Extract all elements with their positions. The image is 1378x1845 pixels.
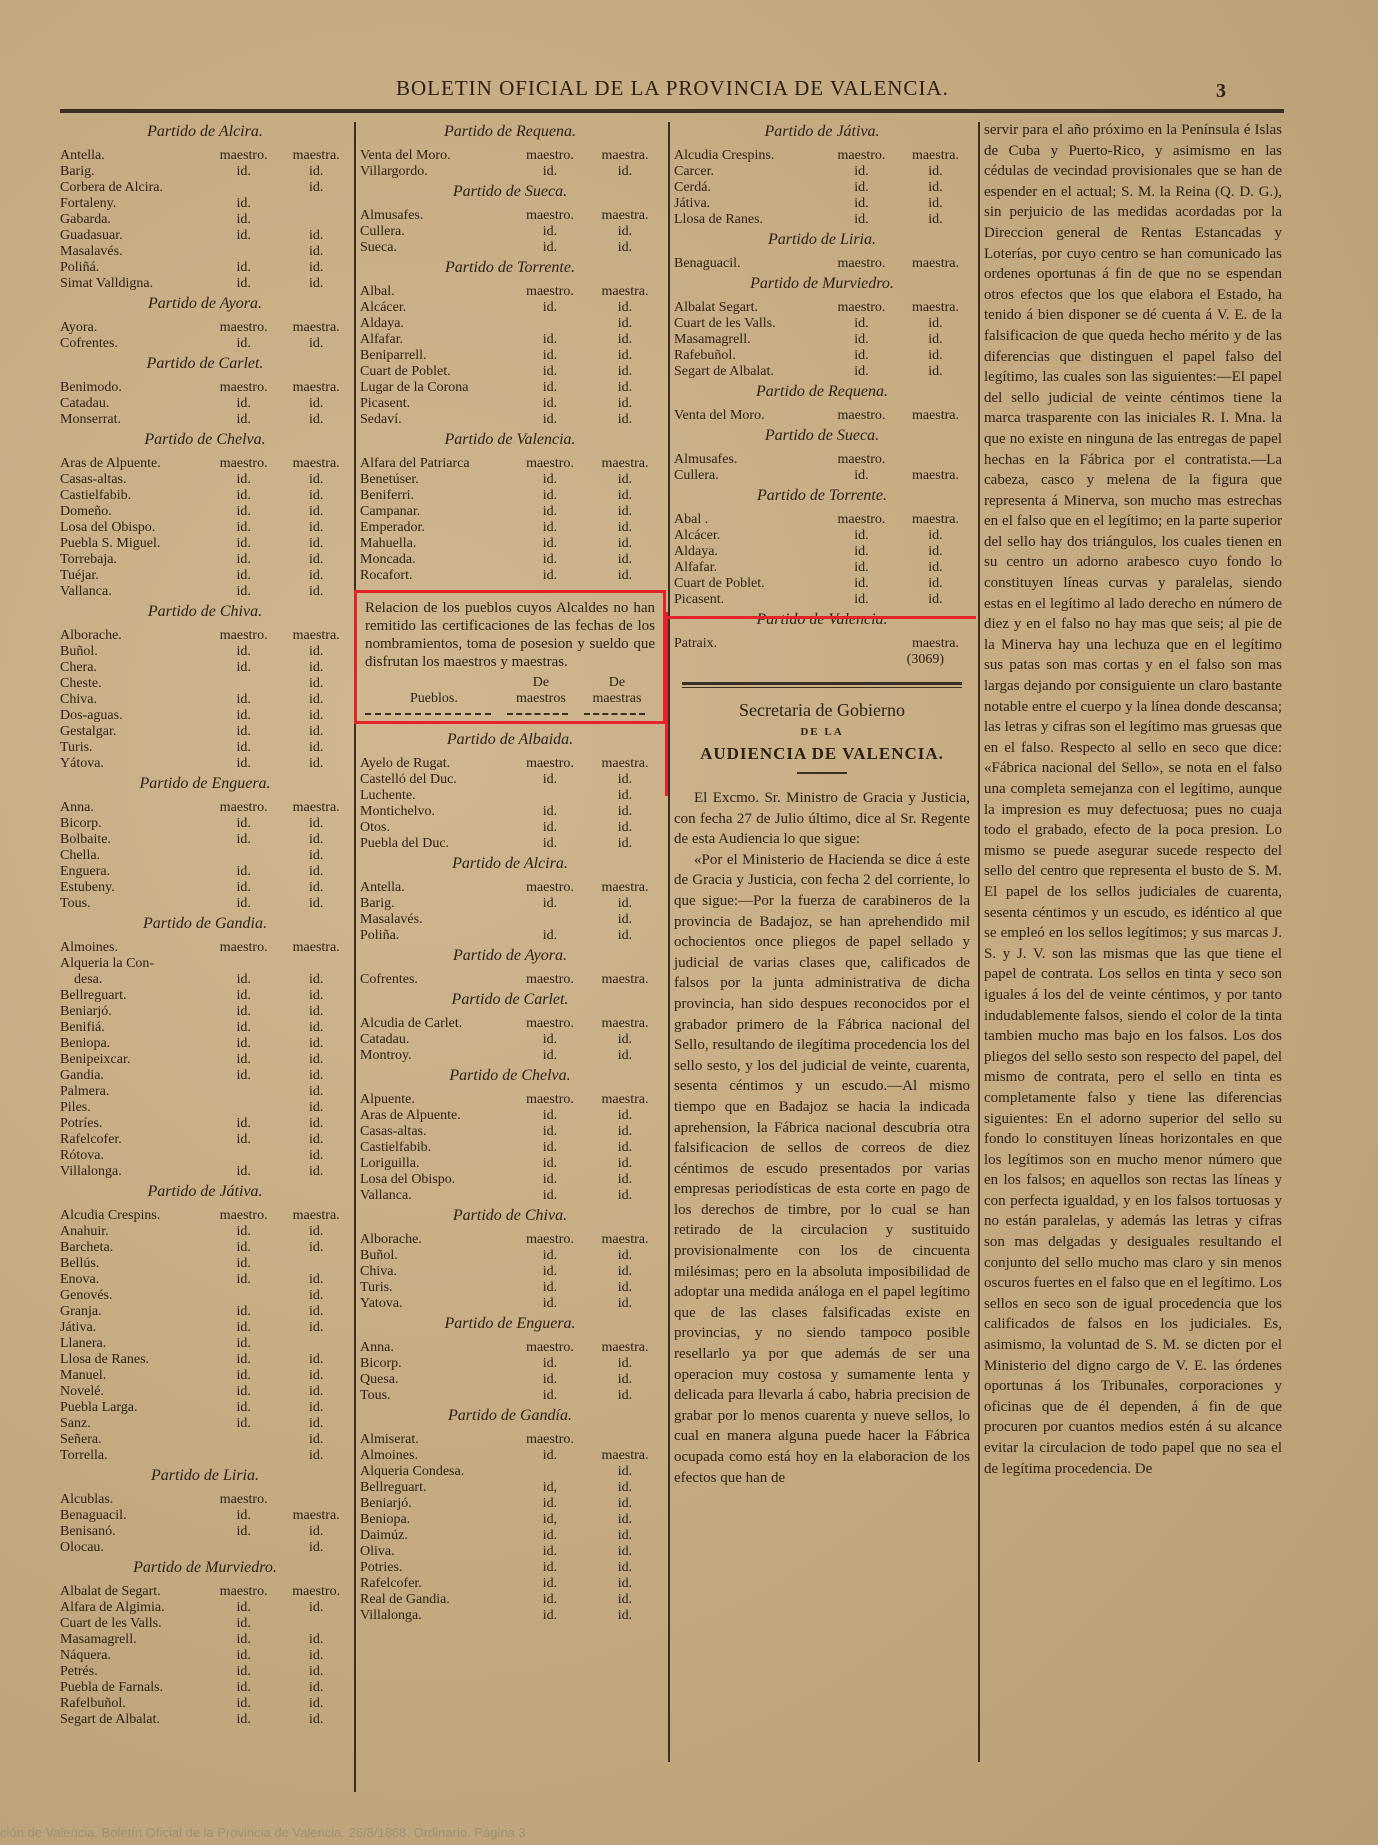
maestro-cell: id. [205,880,282,896]
town-name: Alcublas. [60,1492,205,1508]
maestro-cell: id. [510,380,590,396]
town-name: Beniarjó. [360,1496,510,1512]
town-row: Gabarda.id. [60,212,350,228]
town-name: Alcudia Crespins. [60,1208,205,1224]
town-name: Rocafort. [360,568,510,584]
town-row: Señera.id. [60,1432,350,1448]
maestra-cell: id. [590,1188,660,1204]
header-maestros-line2: maestros [503,691,579,707]
town-name: Montichelvo. [360,804,510,820]
town-row: Vallanca.id.id. [360,1188,660,1204]
town-row: Llosa de Ranes.id.id. [674,212,970,228]
maestra-cell: id. [282,896,350,912]
maestro-cell: id. [510,552,590,568]
header-maestros: De maestros [503,675,579,707]
maestro-cell: id. [510,1496,590,1512]
maestro-cell [205,676,282,692]
maestra-cell: id. [901,316,970,332]
town-name: Potríes. [60,1116,205,1132]
town-name: Anahuir. [60,1224,205,1240]
maestra-cell: id. [282,164,350,180]
town-name: Alfara del Patriarca [360,456,510,472]
maestro-cell: id. [205,1524,282,1540]
maestra-cell: id. [282,756,350,772]
maestro-cell: id. [510,1140,590,1156]
maestra-cell: id. [590,928,660,944]
maestro-cell: id. [822,332,901,348]
town-row: Cullera.id.id. [360,224,660,240]
maestro-cell: id. [205,1664,282,1680]
maestro-cell: id. [822,212,901,228]
maestro-cell: id. [205,412,282,428]
town-row: Real de Gandia.id.id. [360,1592,660,1608]
town-row: Turis.id.id. [360,1280,660,1296]
maestro-cell: id. [205,660,282,676]
maestro-cell: id. [205,864,282,880]
town-name: Vallanca. [60,584,205,600]
maestra-cell: id. [282,1132,350,1148]
town-name: Villalonga. [360,1608,510,1624]
maestra-cell: id. [590,472,660,488]
partido-heading: Partido de Chiva. [360,1208,660,1224]
town-row: Cerdá.id.id. [674,180,970,196]
maestra-cell: id. [590,1048,660,1064]
source-footer: ción de Valencia. Boletín Oficial de la … [0,1825,526,1840]
column-divider-1 [354,122,356,1792]
maestro-cell: maestro. [205,380,282,396]
maestro-cell: maestro. [510,1016,590,1032]
town-row: Alcudia Crespins.maestro.maestra. [674,148,970,164]
maestra-cell: id. [901,528,970,544]
maestra-cell: id. [282,472,350,488]
maestra-cell: id. [590,1592,660,1608]
maestro-cell: id. [205,724,282,740]
town-name: Alborache. [360,1232,510,1248]
town-row: Enova.id.id. [60,1272,350,1288]
header-rule [60,109,1284,113]
town-name: Cuart de les Valls. [60,1616,205,1632]
town-name: Segart de Albalat. [60,1712,205,1728]
town-row: Bicorp.id.id. [60,816,350,832]
town-name: Picasent. [360,396,510,412]
maestra-cell: id. [282,1416,350,1432]
town-row: Rótova.id. [60,1148,350,1164]
town-name: Rafelbuñol. [60,1696,205,1712]
town-name: Cerdá. [674,180,822,196]
maestro-cell: id. [205,972,282,988]
town-row: Moncada.id.id. [360,552,660,568]
maestro-cell [205,1084,282,1100]
town-row: Palmera.id. [60,1084,350,1100]
maestra-cell: id. [282,1384,350,1400]
town-name: Bolbaite. [60,832,205,848]
maestra-cell: maestra. [901,300,970,316]
maestro-cell: id. [205,988,282,1004]
town-name: Vallanca. [360,1188,510,1204]
header-maestras: De maestras [579,675,655,707]
town-row: Alpuente.maestro.maestra. [360,1092,660,1108]
partido-heading: Partido de Enguera. [60,776,350,792]
town-name: Quesa. [360,1372,510,1388]
maestra-cell: maestra. [282,800,350,816]
town-name: Venta del Moro. [674,408,822,424]
maestra-cell: id. [590,316,660,332]
maestra-cell: maestra. [282,456,350,472]
town-row: Estubeny.id.id. [60,880,350,896]
town-row: Alborache.maestro.maestra. [60,628,350,644]
town-name: Genovés. [60,1288,205,1304]
town-row: Beniarjó.id.id. [360,1496,660,1512]
maestra-cell: id. [282,1272,350,1288]
maestra-cell: id. [590,1264,660,1280]
maestro-cell: id. [510,240,590,256]
town-name: Casas-altas. [60,472,205,488]
town-row: Chiva.id.id. [60,692,350,708]
maestra-cell: maestra. [901,148,970,164]
maestra-cell: id. [282,724,350,740]
maestra-cell: maestra. [901,468,970,484]
town-row: Alcácer.id.id. [360,300,660,316]
maestra-cell: id. [282,244,350,260]
maestra-cell: id. [590,896,660,912]
secretaria-line2: DE LA [674,724,970,740]
town-name: Abal . [674,512,822,528]
maestra-cell: id. [282,708,350,724]
maestra-cell: id. [590,1464,660,1480]
town-name: Novelé. [60,1384,205,1400]
town-row: Poliñá.id.id. [60,260,350,276]
partido-heading: Partido de Chelva. [60,432,350,448]
column-3: Partido de Játiva.Alcudia Crespins.maest… [674,120,970,1488]
partido-heading: Partido de Chiva. [60,604,350,620]
town-row: Montichelvo.id.id. [360,804,660,820]
maestra-cell: id. [901,332,970,348]
town-row: Puebla S. Miguel.id.id. [60,536,350,552]
town-row: desa.id.id. [60,972,350,988]
article-paragraph-continued: servir para el año próximo en la Penínsu… [984,120,1282,1479]
town-name: Gabarda. [60,212,205,228]
town-name: Almoines. [360,1448,510,1464]
maestro-cell: maestro. [510,148,590,164]
maestra-cell: maestro. [282,1584,350,1600]
maestro-cell: id. [510,1188,590,1204]
town-name: Alqueria la Con- [60,956,205,972]
maestro-cell: id. [205,520,282,536]
town-name: Cofrentes. [360,972,510,988]
town-name: Almusafes. [674,452,822,468]
town-name: Albal. [360,284,510,300]
short-rule [797,772,847,774]
column-divider-3 [978,122,980,1762]
partido-heading: Partido de Gandia. [60,916,350,932]
town-name: Anna. [60,800,205,816]
town-row: Abal .maestro.maestra. [674,512,970,528]
maestro-cell: id. [510,1544,590,1560]
maestro-cell: id. [510,1592,590,1608]
maestra-cell: id. [282,1164,350,1180]
maestro-cell: id. [510,224,590,240]
maestro-cell: id. [822,180,901,196]
maestra-cell: maestra. [282,320,350,336]
maestra-cell: id. [590,412,660,428]
maestro-cell: id. [822,560,901,576]
town-name: Almusafes. [360,208,510,224]
town-row: Beniarjó.id.id. [60,1004,350,1020]
town-name: Montroy. [360,1048,510,1064]
maestro-cell [205,1540,282,1556]
maestra-cell: id. [590,1248,660,1264]
maestro-cell: id. [205,396,282,412]
maestro-cell: id. [822,196,901,212]
town-row: Vallanca.id.id. [60,584,350,600]
town-row: Antella.maestro.maestra. [60,148,350,164]
town-row: Anna.maestro.maestra. [60,800,350,816]
town-name: Venta del Moro. [360,148,510,164]
maestra-cell: maestra. [282,1508,350,1524]
maestro-cell: id. [205,488,282,504]
maestro-cell: id. [205,212,282,228]
maestro-cell: maestro. [205,800,282,816]
maestra-cell: maestra. [282,940,350,956]
town-row: Almiserat.maestro. [360,1432,660,1448]
town-row: Otos.id.id. [360,820,660,836]
town-row: Sedaví.id.id. [360,412,660,428]
maestro-cell: id. [510,1372,590,1388]
town-row: Benipeixcar.id.id. [60,1052,350,1068]
town-row: Puebla del Duc.id.id. [360,836,660,852]
maestra-cell: id. [282,180,350,196]
town-row: Bellreguart.id,id. [360,1480,660,1496]
town-row: Poliña.id.id. [360,928,660,944]
maestra-cell: maestra. [282,628,350,644]
town-name: Anna. [360,1340,510,1356]
maestra-cell: id. [590,520,660,536]
maestro-cell: maestro. [510,284,590,300]
relacion-text: Relacion de los pueblos cuyos Alcaldes n… [365,599,655,671]
maestra-cell: id. [282,1448,350,1464]
maestro-cell: id. [510,1032,590,1048]
maestro-cell: id. [510,1388,590,1404]
article-paragraph: El Excmo. Sr. Ministro de Gracia y Justi… [674,788,970,850]
town-name: Beniopa. [360,1512,510,1528]
partido-heading: Partido de Carlet. [360,992,660,1008]
maestro-cell: id. [205,584,282,600]
maestro-cell: id. [822,468,901,484]
maestra-cell [282,1616,350,1632]
maestro-cell: id. [510,820,590,836]
town-name: Antella. [360,880,510,896]
column-2-bottom-list: Partido de Albaida.Ayelo de Rugat.maestr… [360,732,660,1624]
maestro-cell [510,1464,590,1480]
maestra-cell: id. [282,832,350,848]
town-row: Buñol.id.id. [360,1248,660,1264]
maestra-cell: id. [282,1068,350,1084]
maestra-cell: id. [282,1368,350,1384]
town-name: Cheste. [60,676,205,692]
maestro-cell: id. [510,1560,590,1576]
maestra-cell: id. [901,212,970,228]
maestro-cell: maestro. [822,452,901,468]
maestra-cell: id. [282,228,350,244]
town-name: Enguera. [60,864,205,880]
partido-heading: Partido de Játiva. [60,1184,350,1200]
maestra-cell: id. [590,1124,660,1140]
maestro-cell [205,1100,282,1116]
town-name: Domeño. [60,504,205,520]
town-row: Ayora.maestro.maestra. [60,320,350,336]
town-name: Rafebuñol. [674,348,822,364]
town-name: Náquera. [60,1648,205,1664]
town-row: Aras de Alpuente.id.id. [360,1108,660,1124]
town-name: Estubeny. [60,880,205,896]
partido-heading: Partido de Albaida. [360,732,660,748]
town-row: Yatova.id.id. [360,1296,660,1312]
town-name: Torrebaja. [60,552,205,568]
town-name: Manuel. [60,1368,205,1384]
maestra-cell: id. [590,536,660,552]
town-name: Piles. [60,1100,205,1116]
partido-heading: Partido de Chelva. [360,1068,660,1084]
town-row: Daimúz.id.id. [360,1528,660,1544]
maestro-cell [510,788,590,804]
partido-heading: Partido de Valencia. [674,612,970,628]
maestro-cell [510,912,590,928]
town-name: Cullera. [674,468,822,484]
town-row: Anna.maestro.maestra. [360,1340,660,1356]
maestro-cell: id. [510,164,590,180]
maestro-cell: id. [510,472,590,488]
town-name: Almiserat. [360,1432,510,1448]
town-row: Monserrat.id.id. [60,412,350,428]
town-row: Guadasuar.id.id. [60,228,350,244]
maestro-cell: id. [510,1156,590,1172]
maestro-cell [205,956,282,972]
maestro-cell: maestro. [205,1208,282,1224]
maestra-cell: id. [282,1084,350,1100]
maestra-cell: id. [590,504,660,520]
town-name: Loriguilla. [360,1156,510,1172]
maestro-cell: id. [205,1164,282,1180]
partido-heading: Partido de Gandía. [360,1408,660,1424]
town-row: Bicorp.id.id. [360,1356,660,1372]
maestro-cell: id. [205,1068,282,1084]
town-name: Masalavés. [360,912,510,928]
maestro-cell: id. [510,1528,590,1544]
town-name: Petrés. [60,1664,205,1680]
town-row: Alqueria Condesa.id. [360,1464,660,1480]
town-row: Potríes.id.id. [60,1116,350,1132]
maestra-cell: id. [590,1032,660,1048]
town-row: Bolbaite.id.id. [60,832,350,848]
maestra-cell: id. [282,1432,350,1448]
maestra-cell: id. [590,1528,660,1544]
town-row: Piles.id. [60,1100,350,1116]
town-row: Ayelo de Rugat.maestro.maestra. [360,756,660,772]
maestro-cell: id. [205,1508,282,1524]
town-name: Sanz. [60,1416,205,1432]
maestra-cell: id. [590,1140,660,1156]
town-name: Chiva. [60,692,205,708]
town-row: Cofrentes.id.id. [60,336,350,352]
town-name: Palmera. [60,1084,205,1100]
town-name: Chiva. [360,1264,510,1280]
maestro-cell: id. [822,348,901,364]
town-row: Rafelcofer.id.id. [60,1132,350,1148]
maestro-cell: id. [822,576,901,592]
town-row: Rafebuñol.id.id. [674,348,970,364]
relacion-column-headers: Pueblos. De maestros De maestras [365,675,655,707]
maestro-cell: maestro. [510,1432,590,1448]
town-name: Alborache. [60,628,205,644]
maestro-cell: id. [205,1680,282,1696]
town-name: Castielfabib. [360,1140,510,1156]
maestro-cell: maestro. [822,148,901,164]
town-name: Benipeixcar. [60,1052,205,1068]
town-row: Dos-aguas.id.id. [60,708,350,724]
maestro-cell: id. [205,756,282,772]
maestro-cell: id. [205,336,282,352]
maestro-cell: id. [510,504,590,520]
town-row: Villalonga.id.id. [60,1164,350,1180]
town-name: Mahuella. [360,536,510,552]
town-name: Masalavés. [60,244,205,260]
town-row: Cheste.id. [60,676,350,692]
town-name: Cuart de Poblet. [674,576,822,592]
town-name: Puebla Larga. [60,1400,205,1416]
town-row: Albalat Segart.maestro.maestra. [674,300,970,316]
town-name: Dos-aguas. [60,708,205,724]
maestra-cell: id. [590,224,660,240]
maestra-cell: maestra. [282,1208,350,1224]
maestra-cell: id. [590,1388,660,1404]
town-name: Aras de Alpuente. [60,456,205,472]
maestro-cell: id. [205,1384,282,1400]
maestra-cell: id. [901,196,970,212]
town-row: Llosa de Ranes.id.id. [60,1352,350,1368]
town-row: Almoines.maestro.maestra. [60,940,350,956]
town-row: Lugar de la Coronaid.id. [360,380,660,396]
town-name: Aldaya. [360,316,510,332]
town-name: Játiva. [60,1320,205,1336]
town-row: Játiva.id.id. [674,196,970,212]
maestra-cell: id. [282,1524,350,1540]
maestra-cell: id. [901,544,970,560]
maestra-cell: id. [282,396,350,412]
maestra-cell: id. [282,1304,350,1320]
column-4-article-continuation: servir para el año próximo en la Penínsu… [984,120,1282,1479]
maestra-cell: id. [282,972,350,988]
maestro-cell: maestro. [205,1492,282,1508]
town-name: Beniarjó. [60,1004,205,1020]
town-row: Carcer.id.id. [674,164,970,180]
maestro-cell: id. [510,1048,590,1064]
maestro-cell: id. [205,1336,282,1352]
town-row: Almusafes.maestro.maestra. [360,208,660,224]
partido-heading: Partido de Carlet. [60,356,350,372]
town-name: Tous. [60,896,205,912]
town-name: Yatova. [360,1296,510,1312]
town-row: Castelló del Duc.id.id. [360,772,660,788]
maestra-cell: id. [282,1648,350,1664]
maestro-cell: id. [822,164,901,180]
maestra-cell: id. [282,676,350,692]
maestra-cell: id. [590,332,660,348]
maestra-cell: maestra. [282,148,350,164]
town-name: Ayora. [60,320,205,336]
maestro-cell: id. [510,348,590,364]
maestra-cell: id. [590,820,660,836]
maestro-cell: id. [510,1608,590,1624]
